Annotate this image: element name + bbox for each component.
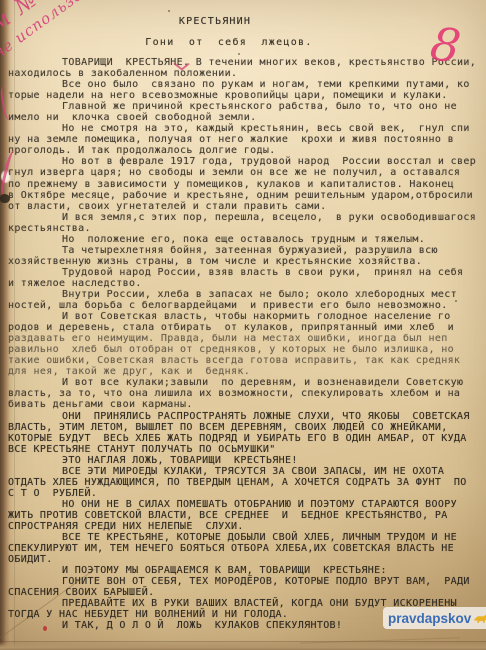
text-line: ну на земле помещика, получая от него жа… xyxy=(8,134,486,145)
text-line: ВСЕ ТЕ КРЕСТЬЯНЕ, КОТОРЫЕ ДОБЫЛИ СВОЙ ХЛ… xyxy=(8,532,486,543)
text-line: ВСЕ КРЕСТЬЯНЕ СТАНУТ ПОЛУЧАТЬ ПО ОСЬМУШК… xyxy=(8,444,486,455)
paper-speck xyxy=(168,10,170,12)
text-line: Трудовой народ России, взяв власть в сво… xyxy=(8,267,486,278)
bottom-page-edge xyxy=(0,642,486,650)
text-line: ВЛАСТЬ, ЭТИМ ЛЕТОМ, ВЫШЛЕТ ПО ВСЕМ ДЕРЕВ… xyxy=(8,422,486,433)
text-line: равильно хлеб был отобран от средняков, … xyxy=(8,344,486,355)
text-line: НО ОНИ НЕ В СИЛАХ ПОМЕШАТЬ ОТОБРАНИЮ И П… xyxy=(8,499,486,510)
text-line: бивать деньгами свои карманы. xyxy=(8,399,486,410)
text-line: для нея, такой же друг, как и бедняк. xyxy=(8,366,486,377)
watermark-site-text: pravdapskov xyxy=(388,611,471,626)
text-line: гнул изверга царя; но свободы и земли он… xyxy=(8,167,486,178)
document-page: КРЕСТЬЯНИН Гони от себя лжецов. ТОВАРИЩИ… xyxy=(0,0,486,650)
text-line: Но вот в феврале 1917 года, трудовой нар… xyxy=(8,156,486,167)
lynx-icon xyxy=(473,612,486,625)
text-line: ЭТО НАГЛАЯ ЛОЖЬ, ТОВАРИЩИ КРЕСТЬЯНЕ! xyxy=(8,455,486,466)
text-line: раздавать его неимущим. Правда, были на … xyxy=(8,333,486,344)
text-line: находилось в закобаленном положении. xyxy=(8,68,486,79)
paper-speck xyxy=(238,53,240,55)
text-line: торые надели на него всевозможные кровоп… xyxy=(8,90,486,101)
text-line: Но положение его, пока еще оставалось тр… xyxy=(8,234,486,245)
text-line: Но не смотря на это, каждый крестьянин, … xyxy=(8,123,486,134)
text-line: от власти, своих угнетателей и стали пра… xyxy=(8,201,486,212)
text-line: власть, за то, что она лишила их возможн… xyxy=(8,388,486,399)
text-line: ОБИДИТ. xyxy=(8,554,486,565)
text-line: ОТДАТЬ ХЛЕБ НУЖДАЮЩИМСЯ, ПО ТВЕРДЫМ ЦЕНА… xyxy=(8,477,486,488)
red-pencil-dot xyxy=(43,626,47,631)
page-title: КРЕСТЬЯНИН xyxy=(0,16,458,27)
text-line: КОТОРЫЕ БУДУТ ВЕСЬ ХЛЕБ ЖАТЬ ПОДРЯД И УБ… xyxy=(8,433,486,444)
text-line: Все оно было связано по рукам и ногам, т… xyxy=(8,79,486,90)
text-line: И ПОЭТОМУ МЫ ОБРАЩАЕМСЯ К ВАМ, ТОВАРИЩИ … xyxy=(8,565,486,576)
text-line: в Октябре месяце, рабочие и крестьяне, о… xyxy=(8,190,486,201)
text-line: проголодь. И так продолжалось долгие год… xyxy=(8,145,486,156)
text-line: СПАСЕНИЯ СВОИХ БАРЫШЕЙ. xyxy=(8,587,486,598)
text-line: Главной же причиной крестьянского рабств… xyxy=(8,101,486,112)
document-lines: ТОВАРИЩИ КРЕСТЬЯНЕ. В течении многих век… xyxy=(8,57,486,631)
text-line: И вот Советская власть, чтобы накормить … xyxy=(8,311,486,322)
text-line: ВСЕ ЭТИ МИРОЕДЫ КУЛАКИ, ТРЯСУТСЯ ЗА СВОИ… xyxy=(8,466,486,477)
text-line: И вся земля,с этих пор, перешла, всецело… xyxy=(8,212,486,223)
text-line: Внутри России, хлеба в запасах не было; … xyxy=(8,289,486,300)
text-line: СПЕКУЛИРУЮТ ИМ, ТЕМ НЕЧЕГО БОЯТЬСЯ ОТБОР… xyxy=(8,543,486,554)
text-line: СПРОСТРАНЯЯ СРЕДИ НИХ НЕЛЕПЫЕ СЛУХИ. xyxy=(8,521,486,532)
text-line: ЖИТЬ ПРОТИВ СОВЕТСКОЙ ВЛАСТИ, ВСЕ СРЕДНЕ… xyxy=(8,510,486,521)
text-line: ТОВАРИЩИ КРЕСТЬЯНЕ. В течении многих век… xyxy=(8,57,486,68)
corner-handwritten-note: ом № 4 не использовано xyxy=(0,0,119,62)
text-line: Та четырехлетняя бойня, затеенная буржуа… xyxy=(8,245,486,256)
text-line: И вот все кулаки;завыли по деревням, и в… xyxy=(8,377,486,388)
text-line: и тяжелое наследство. xyxy=(8,278,486,289)
text-line: крестьянства. xyxy=(8,223,486,234)
text-line: ностей, шла борьба с белогвардейцами и п… xyxy=(8,300,486,311)
text-line: ОНИ ПРИНЯЛИСЬ РАСПРОСТРАНЯТЬ ЛОЖНЫЕ СЛУХ… xyxy=(8,411,486,422)
text-line: С Т О РУБЛЕЙ. xyxy=(8,488,486,499)
text-line: имело ни клочка своей свободной земли. xyxy=(8,112,486,123)
page-subtitle: Гони от себя лжецов. xyxy=(0,37,472,48)
text-line: ГОНИТЕ ВОН ОТ СЕБЯ, ТЕХ МОРОДЁРОВ, КОТОР… xyxy=(8,576,486,587)
watermark: pravdapskov ru xyxy=(383,607,486,629)
text-line: такие ошибки, Советская власть всегда го… xyxy=(8,355,486,366)
text-line: по прежнему в зависимости у помещиков, к… xyxy=(8,179,486,190)
text-line: хозяйственную жизнь страны, в том числе … xyxy=(8,256,486,267)
text-line: родов и деревень, стала отбирать от кула… xyxy=(8,322,486,333)
